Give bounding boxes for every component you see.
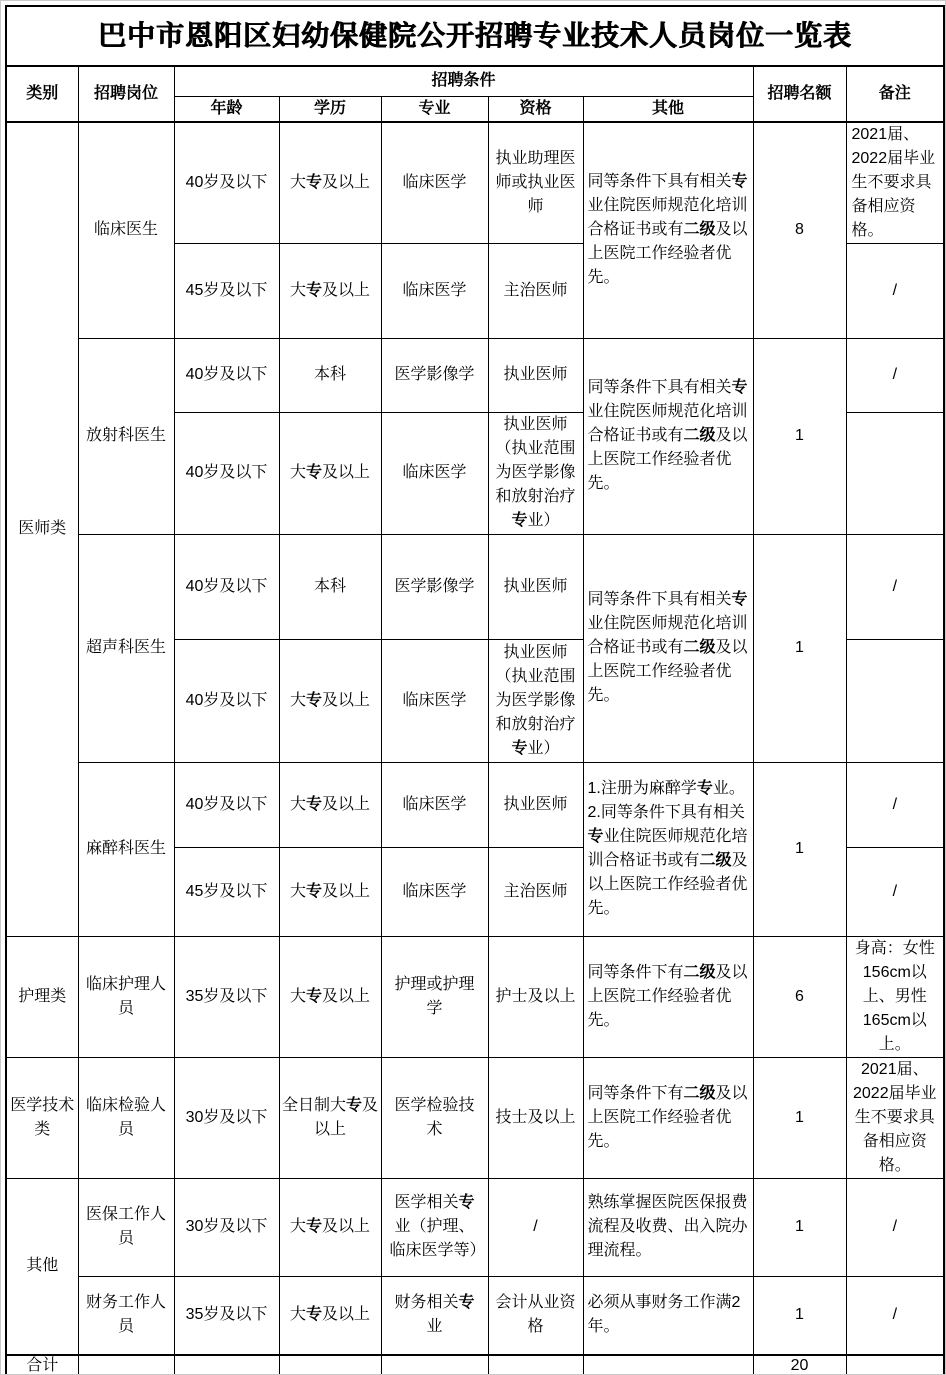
cell-remark: / [846,1178,944,1276]
total-empty-cell [381,1355,488,1375]
cell-age: 40岁及以下 [174,412,279,534]
cell-education: 全日制大专及以上 [279,1057,381,1178]
cell-remark: 2021届、2022届毕业生不要求具备相应资格。 [846,1057,944,1178]
header-remark: 备注 [846,66,944,122]
cell-remark: / [846,762,944,847]
cell-other: 同等条件下具有相关专业住院医师规范化培训合格证书或有二级及以上医院工作经验者优先… [583,534,753,762]
cell-other: 同等条件下具有相关专业住院医师规范化培训合格证书或有二级及以上医院工作经验者优先… [583,122,753,339]
total-quota: 20 [753,1355,846,1375]
cell-qualification: 会计从业资格 [488,1276,583,1355]
total-label: 合计 [6,1355,78,1375]
cell-remark: 2021届、2022届毕业生不要求具备相应资格。 [846,122,944,244]
cell-position: 麻醉科医生 [78,762,174,936]
cell-age: 45岁及以下 [174,847,279,936]
cell-education: 本科 [279,338,381,412]
cell-major: 临床医学 [381,762,488,847]
total-empty-cell [488,1355,583,1375]
header-category: 类别 [6,66,78,122]
cell-category: 其他 [6,1178,78,1355]
cell-major: 临床医学 [381,122,488,244]
cell-qualification: 执业医师（执业范围为医学影像和放射治疗专业） [488,639,583,762]
cell-remark: / [846,847,944,936]
cell-age: 30岁及以下 [174,1057,279,1178]
header-quota: 招聘名额 [753,66,846,122]
total-empty-cell [174,1355,279,1375]
cell-age: 40岁及以下 [174,762,279,847]
cell-remark-empty [846,639,944,762]
cell-major: 临床医学 [381,847,488,936]
cell-education: 大专及以上 [279,122,381,244]
cell-other: 同等条件下有二级及以上医院工作经验者优先。 [583,936,753,1057]
total-empty-cell [279,1355,381,1375]
total-empty-cell [583,1355,753,1375]
cell-category: 护理类 [6,936,78,1057]
cell-quota: 6 [753,936,846,1057]
header-position: 招聘岗位 [78,66,174,122]
cell-qualification: 护士及以上 [488,936,583,1057]
cell-age: 40岁及以下 [174,338,279,412]
cell-position: 临床医生 [78,122,174,339]
cell-qualification: 主治医师 [488,243,583,338]
cell-remark: / [846,338,944,412]
cell-quota: 1 [753,338,846,534]
cell-quota: 1 [753,1276,846,1355]
cell-qualification: 执业医师 [488,762,583,847]
cell-remark: 身高：女性156cm以上、男性165cm以上。 [846,936,944,1057]
cell-position: 临床护理人员 [78,936,174,1057]
cell-position: 放射科医生 [78,338,174,534]
cell-major: 护理或护理学 [381,936,488,1057]
cell-major: 临床医学 [381,412,488,534]
cell-major: 临床医学 [381,243,488,338]
cell-category: 医师类 [6,122,78,937]
cell-education: 大专及以上 [279,1178,381,1276]
cell-age: 35岁及以下 [174,936,279,1057]
header-other: 其他 [583,96,753,122]
cell-other: 熟练掌握医院医保报费流程及收费、出入院办理流程。 [583,1178,753,1276]
cell-qualification: / [488,1178,583,1276]
cell-education: 大专及以上 [279,936,381,1057]
cell-remark: / [846,243,944,338]
cell-age: 40岁及以下 [174,122,279,244]
cell-other: 必须从事财务工作满2年。 [583,1276,753,1355]
cell-quota: 1 [753,1057,846,1178]
cell-remark-empty [846,412,944,534]
cell-education: 大专及以上 [279,639,381,762]
cell-remark: / [846,534,944,639]
cell-major: 医学相关专业（护理、临床医学等） [381,1178,488,1276]
cell-major: 临床医学 [381,639,488,762]
cell-position: 医保工作人员 [78,1178,174,1276]
cell-education: 大专及以上 [279,412,381,534]
cell-quota: 1 [753,762,846,936]
cell-qualification: 执业医师 [488,338,583,412]
cell-qualification: 技士及以上 [488,1057,583,1178]
cell-age: 40岁及以下 [174,534,279,639]
cell-age: 30岁及以下 [174,1178,279,1276]
recruitment-table-page: 巴中市恩阳区妇幼保健院公开招聘专业技术人员岗位一览表 类别 招聘岗位 招聘条件 … [0,0,946,1375]
cell-education: 大专及以上 [279,847,381,936]
page-title: 巴中市恩阳区妇幼保健院公开招聘专业技术人员岗位一览表 [6,6,944,66]
total-empty-cell [78,1355,174,1375]
recruitment-table: 巴中市恩阳区妇幼保健院公开招聘专业技术人员岗位一览表 类别 招聘岗位 招聘条件 … [5,5,945,1375]
header-qualification: 资格 [488,96,583,122]
header-conditions: 招聘条件 [174,66,753,96]
cell-education: 大专及以上 [279,243,381,338]
cell-other: 1.注册为麻醉学专业。2.同等条件下具有相关专业住院医师规范化培训合格证书或有二… [583,762,753,936]
cell-position: 财务工作人员 [78,1276,174,1355]
cell-qualification: 主治医师 [488,847,583,936]
cell-position: 临床检验人员 [78,1057,174,1178]
cell-quota: 1 [753,534,846,762]
cell-qualification: 执业医师 [488,534,583,639]
cell-major: 医学影像学 [381,338,488,412]
header-major: 专业 [381,96,488,122]
cell-education: 本科 [279,534,381,639]
header-education: 学历 [279,96,381,122]
cell-age: 35岁及以下 [174,1276,279,1355]
cell-quota: 8 [753,122,846,339]
header-age: 年龄 [174,96,279,122]
cell-age: 45岁及以下 [174,243,279,338]
cell-quota: 1 [753,1178,846,1276]
cell-major: 医学检验技术 [381,1057,488,1178]
cell-education: 大专及以上 [279,1276,381,1355]
cell-position: 超声科医生 [78,534,174,762]
cell-remark: / [846,1276,944,1355]
cell-other: 同等条件下具有相关专业住院医师规范化培训合格证书或有二级及以上医院工作经验者优先… [583,338,753,534]
cell-major: 财务相关专业 [381,1276,488,1355]
cell-age: 40岁及以下 [174,639,279,762]
cell-qualification: 执业医师（执业范围为医学影像和放射治疗专业） [488,412,583,534]
cell-major: 医学影像学 [381,534,488,639]
cell-other: 同等条件下有二级及以上医院工作经验者优先。 [583,1057,753,1178]
total-empty-cell [846,1355,944,1375]
cell-education: 大专及以上 [279,762,381,847]
cell-category: 医学技术类 [6,1057,78,1178]
cell-qualification: 执业助理医师或执业医师 [488,122,583,244]
